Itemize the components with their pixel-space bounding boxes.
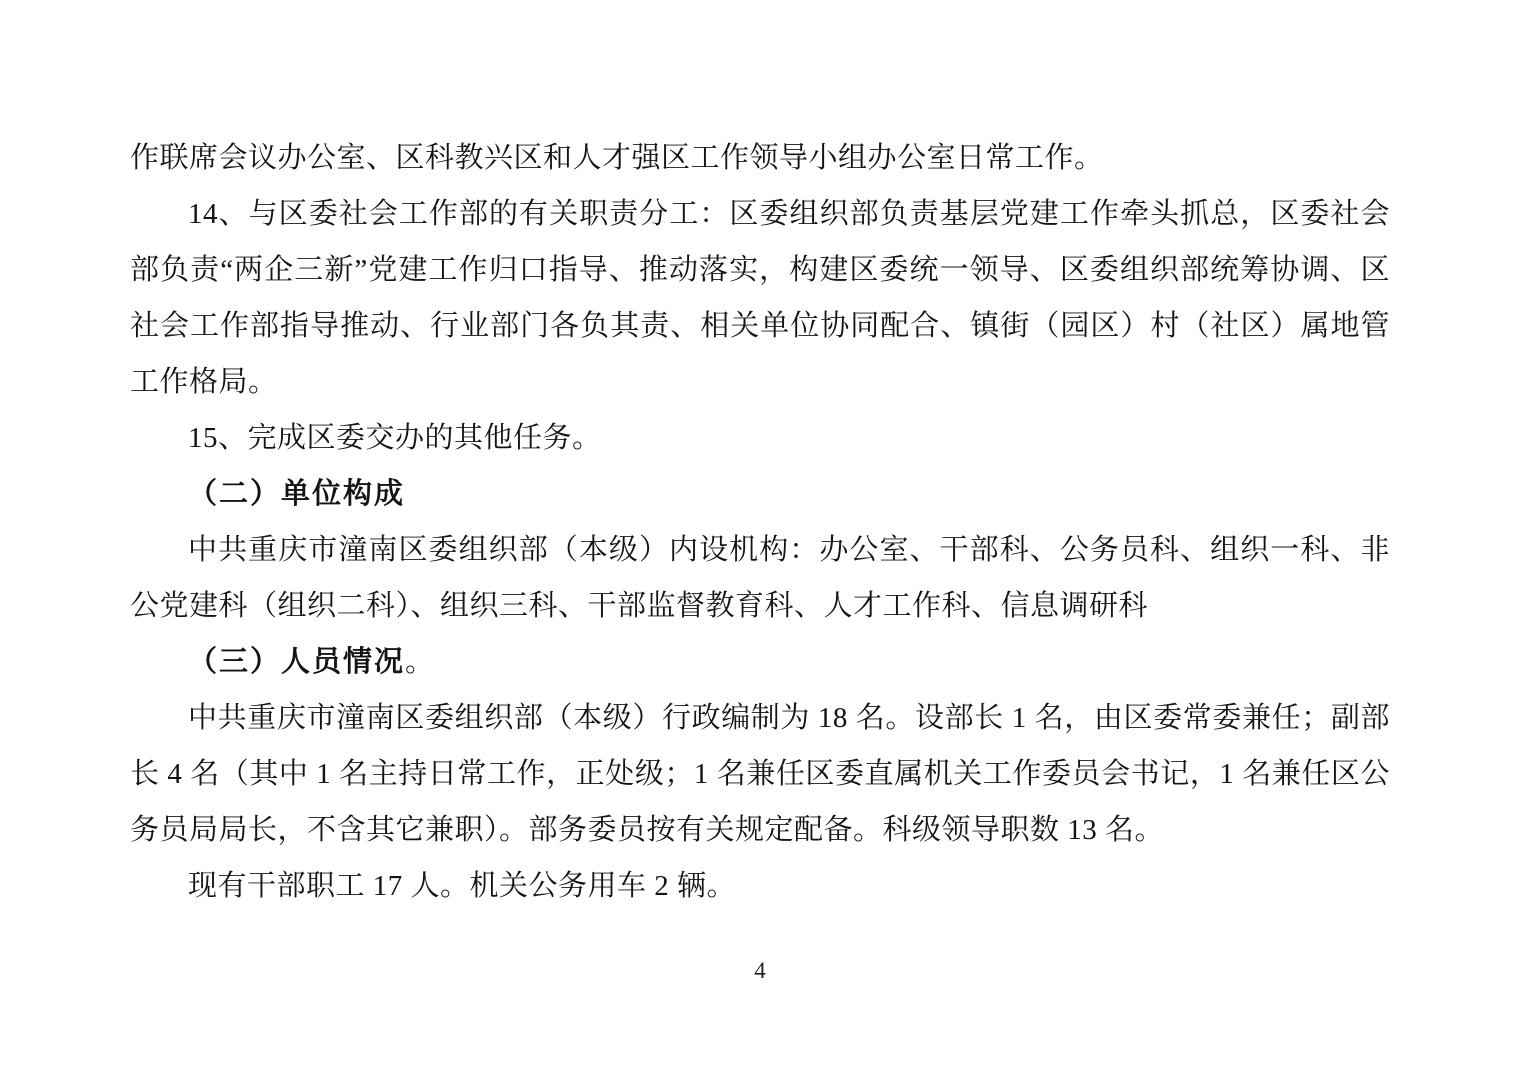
body-text-line: 15、完成区委交办的其他任务。 [130, 410, 1390, 466]
body-text-line: 社会工作部指导推动、行业部门各负其责、相关单位协同配合、镇街（园区）村（社区）属… [130, 298, 1390, 354]
body-text-line: 工作格局。 [130, 354, 1390, 410]
document-page: 作联席会议办公室、区科教兴区和人才强区工作领导小组办公室日常工作。 14、与区委… [0, 0, 1520, 1074]
body-text-line: 作联席会议办公室、区科教兴区和人才强区工作领导小组办公室日常工作。 [130, 130, 1390, 186]
body-text-line: 公党建科（组织二科）、组织三科、干部监督教育科、人才工作科、信息调研科 [130, 578, 1390, 634]
section-heading-text: （三）人员情况 [188, 646, 405, 678]
page-number: 4 [0, 958, 1520, 984]
body-text-line: 中共重庆市潼南区委组织部（本级）行政编制为 18 名。设部长 1 名，由区委常委… [130, 690, 1390, 746]
body-text-line: 长 4 名（其中 1 名主持日常工作，正处级；1 名兼任区委直属机关工作委员会书… [130, 746, 1390, 802]
body-text-line: 中共重庆市潼南区委组织部（本级）内设机构：办公室、干部科、公务员科、组织一科、非 [130, 522, 1390, 578]
body-text-line: 14、与区委社会工作部的有关职责分工：区委组织部负责基层党建工作牵头抓总，区委社… [130, 186, 1390, 242]
document-body: 作联席会议办公室、区科教兴区和人才强区工作领导小组办公室日常工作。 14、与区委… [130, 130, 1390, 914]
section-heading-period: 。 [405, 646, 436, 678]
body-text-line: 部负责“两企三新”党建工作归口指导、推动落实，构建区委统一领导、区委组织部统筹协… [130, 242, 1390, 298]
section-heading-unit-composition: （二）单位构成 [130, 466, 1390, 522]
body-text-line: 现有干部职工 17 人。机关公务用车 2 辆。 [130, 858, 1390, 914]
body-text-line: 务员局局长，不含其它兼职）。部务委员按有关规定配备。科级领导职数 13 名。 [130, 802, 1390, 858]
section-heading-personnel: （三）人员情况。 [130, 634, 1390, 690]
